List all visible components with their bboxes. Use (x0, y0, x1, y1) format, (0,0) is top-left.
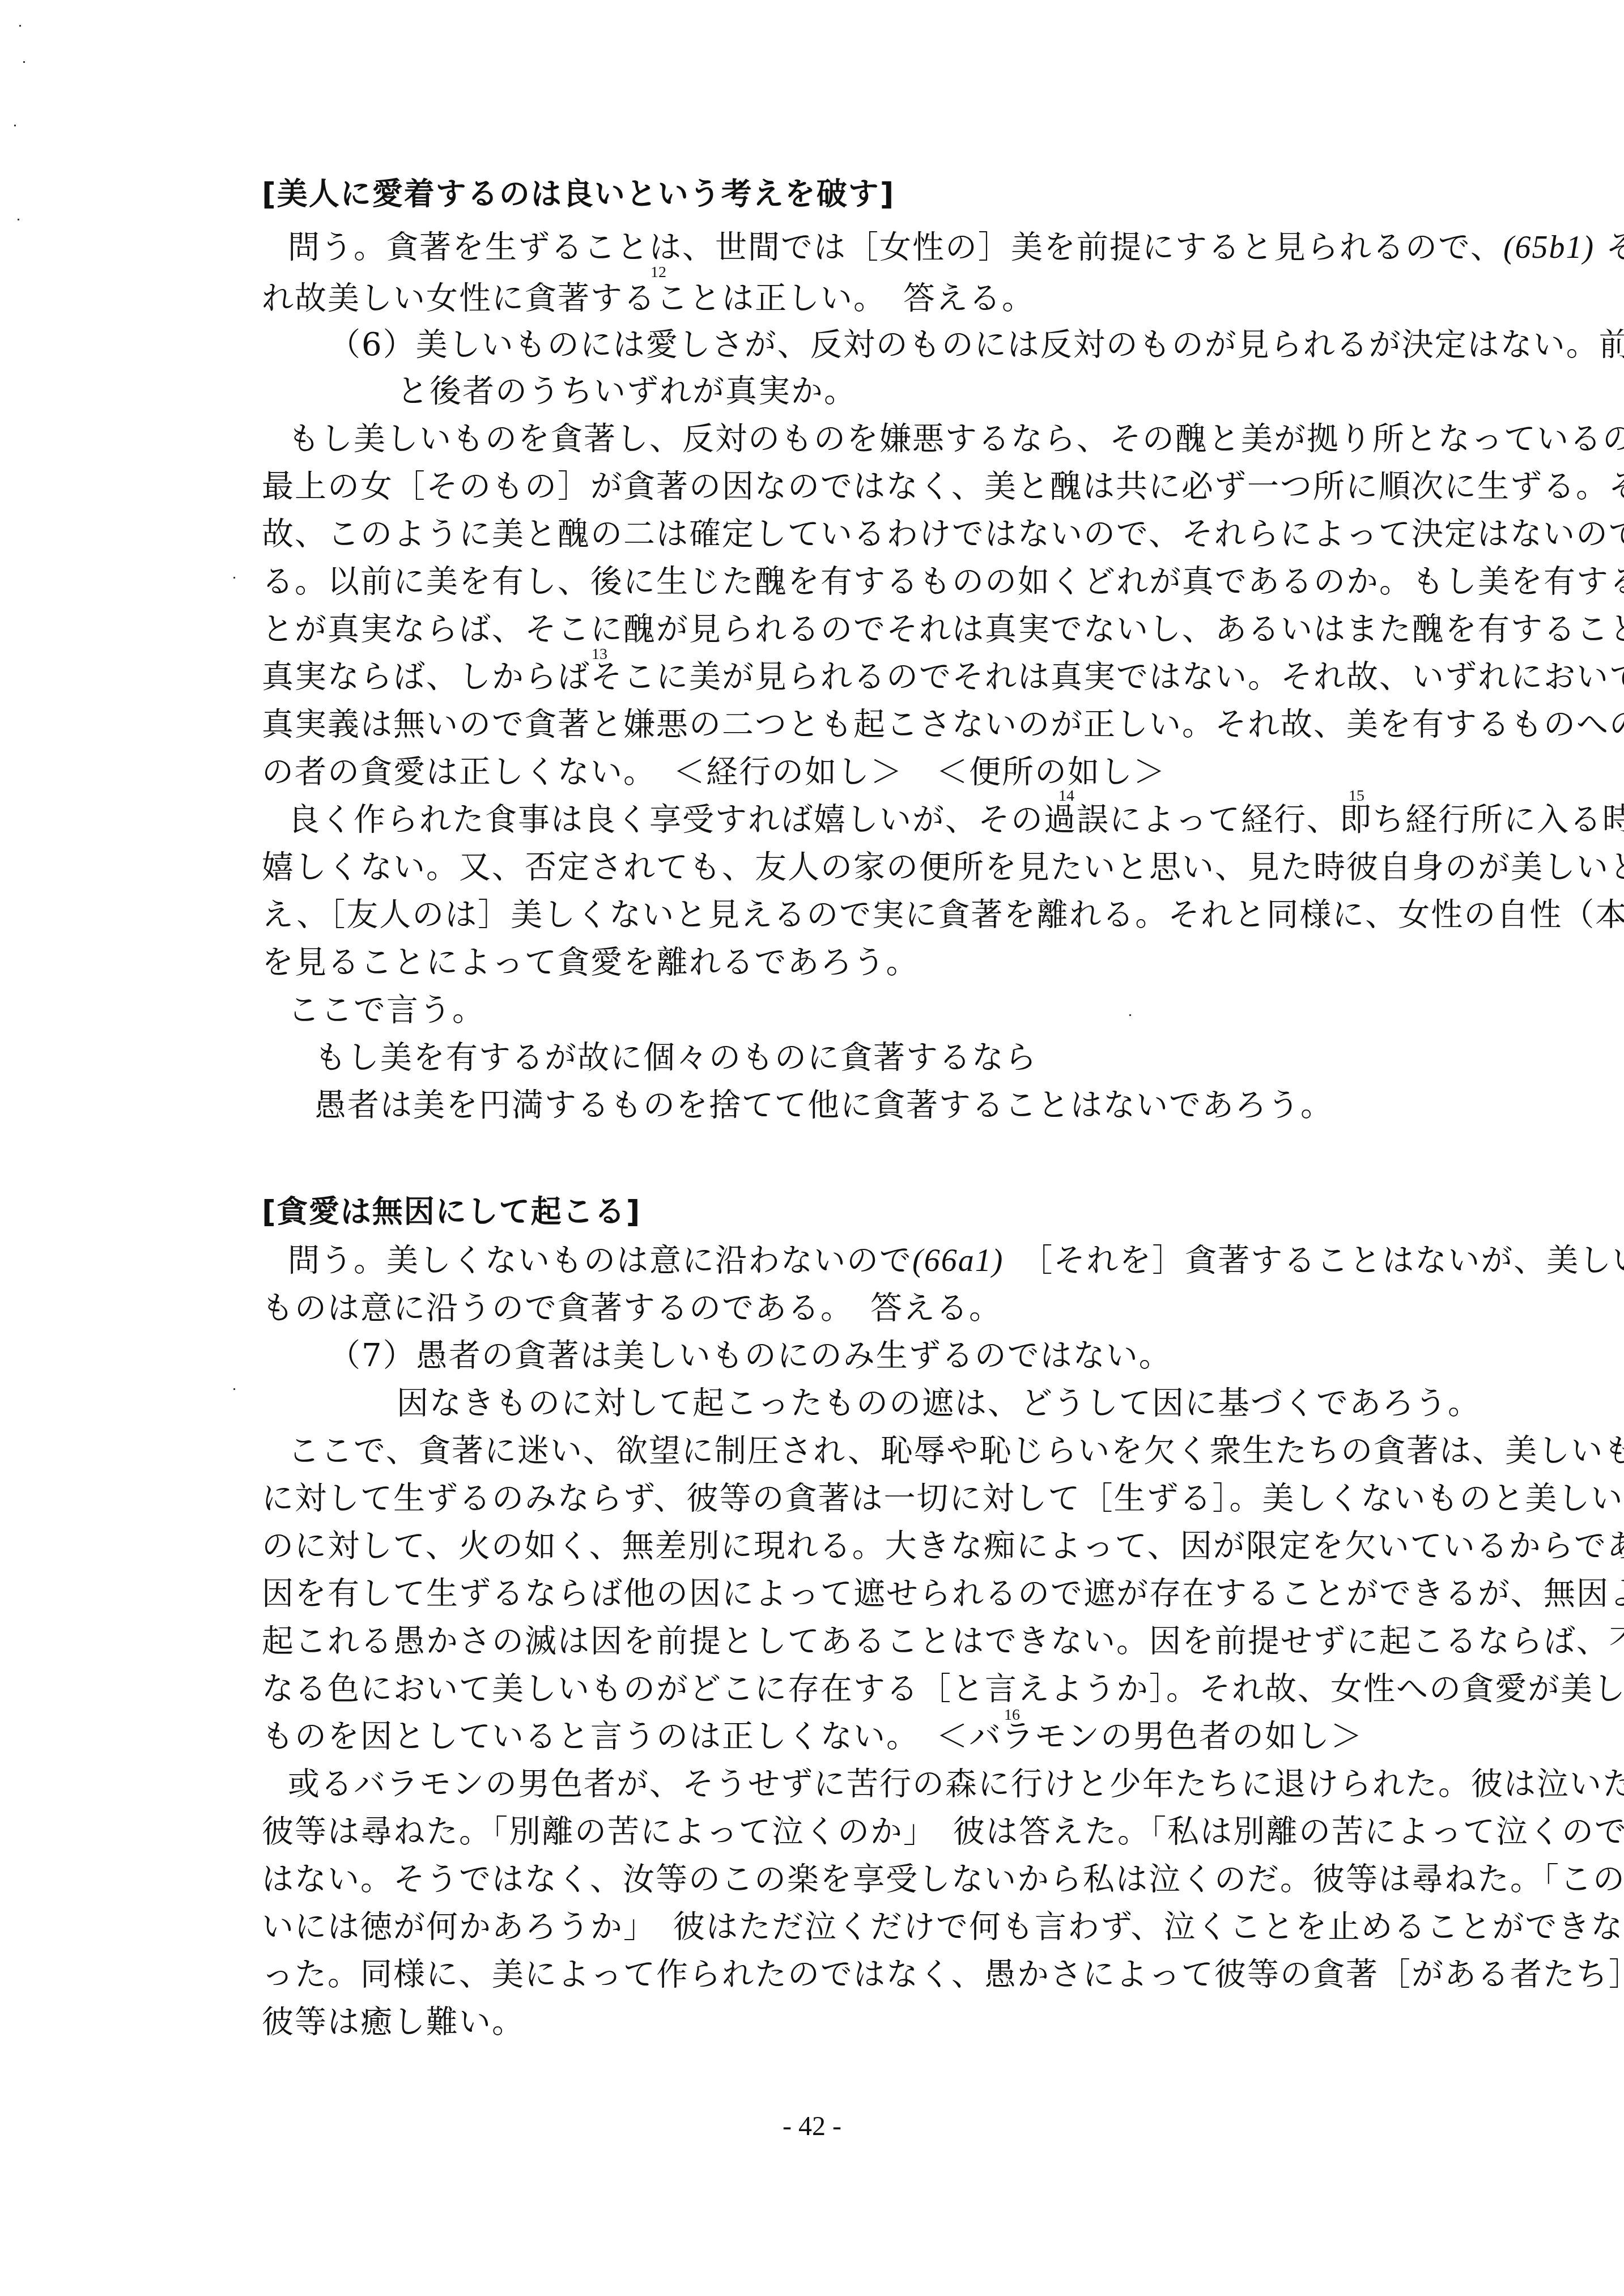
section-heading: [美人に愛着するのは良いという考えを破す] (262, 175, 895, 214)
reference-marker: (66a1) (912, 1243, 1004, 1278)
paragraph-line: る。以前に美を有し、後に生じた醜を有するものの如くどれが真であるのか。もし美を有… (262, 562, 1624, 602)
paragraph-line: ここで言う。 (288, 990, 485, 1030)
line-text: 問う。美しくないものは意に沿わないので (288, 1242, 912, 1279)
paragraph-line: もし美しいものを貪著し、反対のものを嫌悪するなら、その醜と美が拠り所となっている… (288, 419, 1624, 459)
verse-line: （6）美しいものには愛しさが、反対のものには反対のものが見られるが決定はない。前… (329, 325, 1624, 365)
line-text: そ (1595, 229, 1624, 266)
scan-speck (19, 25, 21, 27)
paragraph-line: 起これる愚かさの滅は因を前提としてあることはできない。因を前提せずに起こるならば… (262, 1622, 1624, 1661)
paragraph-line: 故、このように美と醜の二は確定しているわけではないので、それらによって決定はない… (262, 515, 1624, 554)
paragraph-line: なる色において美しいものがどこに存在する［と言えようか］。それ故、女性への貪愛が… (262, 1669, 1624, 1709)
paragraph-line: 真実ならば、しからばそこに美が見られるのでそれは真実ではない。それ故、いずれにお… (262, 657, 1624, 697)
paragraph-line: れ故美しい女性に貪著することは正しい。 答える。 (262, 279, 1035, 318)
scan-speck (18, 219, 19, 220)
paragraph-line: え、［友人のは］美しくないと見えるので実に貪著を離れる。それと同様に、女性の自性… (262, 895, 1624, 935)
section-heading: [貪愛は無因にして起こる] (262, 1192, 641, 1232)
paragraph-line: はない。そうではなく、汝等のこの楽を享受しないから私は泣くのだ。彼等は尋ねた。「… (262, 1860, 1624, 1899)
line-text: 問う。貪著を生ずることは、世間では［女性の］美を前提にすると見られるので、 (288, 229, 1503, 266)
scan-speck (1129, 1014, 1131, 1016)
page-number: - 42 - (0, 2111, 1624, 2142)
paragraph-line: 嬉しくない。又、否定されても、友人の家の便所を見たいと思い、見た時彼自身のが美し… (262, 848, 1624, 887)
paragraph-line: 問う。美しくないものは意に沿わないので(66a1) ［それを］貪著することはない… (288, 1241, 1624, 1281)
reference-marker: (65b1) (1503, 230, 1595, 265)
scan-speck (233, 577, 235, 579)
paragraph-line: 彼等は尋ねた。「別離の苦によって泣くのか」 彼は答えた。「私は別離の苦によって泣… (262, 1812, 1624, 1852)
paragraph-line: の者の貪愛は正しくない。 ＜経行の如し＞ ＜便所の如し＞ (262, 752, 1166, 792)
verse-line: （7）愚者の貪著は美しいものにのみ生ずるのではない。 (329, 1336, 1172, 1376)
scan-speck (23, 61, 25, 63)
paragraph-line: 最上の女［そのもの］が貪著の因なのではなく、美と醜は共に必ず一つ所に順次に生ずる… (262, 467, 1624, 507)
paragraph-line: のに対して、火の如く、無差別に現れる。大きな痴によって、因が限定を欠いているから… (262, 1527, 1624, 1566)
scan-speck (14, 125, 16, 126)
line-text: ［それを］貪著することはないが、美しい (1004, 1242, 1624, 1279)
paragraph-line: ものは意に沿うので貪著するのである。 答える。 (262, 1289, 1002, 1328)
scan-speck (233, 1388, 235, 1390)
paragraph-line: を見ることによって貪愛を離れるであろう。 (262, 943, 919, 983)
paragraph-line: 問う。貪著を生ずることは、世間では［女性の］美を前提にすると見られるので、(65… (288, 228, 1624, 267)
verse-line: 因なきものに対して起こったものの遮は、どうして因に基づくであろう。 (397, 1384, 1481, 1423)
document-page: [美人に愛着するのは良いという考えを破す] 問う。貪著を生ずることは、世間では［… (0, 0, 1624, 2296)
verse-line: もし美を有するが故に個々のものに貪著するなら (314, 1038, 1038, 1078)
verse-line: 愚者は美を円満するものを捨てて他に貪著することはないであろう。 (314, 1086, 1333, 1125)
paragraph-line: 真実義は無いので貪著と嫌悪の二つとも起こさないのが正しい。それ故、美を有するもの… (262, 705, 1624, 745)
paragraph-line: 因を有して生ずるならば他の因によって遮せられるので遮が存在することができるが、無… (262, 1574, 1624, 1614)
paragraph-line: ものを因としていると言うのは正しくない。 ＜バラモンの男色者の如し＞ (262, 1717, 1363, 1757)
paragraph-line: に対して生ずるのみならず、彼等の貪著は一切に対して［生ずる］。美しくないものと美… (262, 1479, 1624, 1519)
paragraph-line: った。同様に、美によって作られたのではなく、愚かさによって彼等の貪著［がある者た… (262, 1955, 1624, 1995)
paragraph-line: 或るバラモンの男色者が、そうせずに苦行の森に行けと少年たちに退けられた。彼は泣い… (288, 1764, 1624, 1804)
paragraph-line: いには徳が何かあろうか」 彼はただ泣くだけで何も言わず、泣くことを止めることがで… (262, 1907, 1624, 1947)
paragraph-line: とが真実ならば、そこに醜が見られるのでそれは真実でないし、あるいはまた醜を有する… (262, 610, 1624, 649)
paragraph-line: ここで、貪著に迷い、欲望に制圧され、恥辱や恥じらいを欠く衆生たちの貪著は、美しい… (288, 1431, 1624, 1471)
paragraph-line: 彼等は癒し難い。 (262, 2002, 525, 2042)
paragraph-line: 良く作られた食事は良く享受すれば嬉しいが、その過誤によって経行、即ち経行所に入る… (288, 800, 1624, 840)
verse-line: と後者のうちいずれが真実か。 (397, 372, 857, 411)
